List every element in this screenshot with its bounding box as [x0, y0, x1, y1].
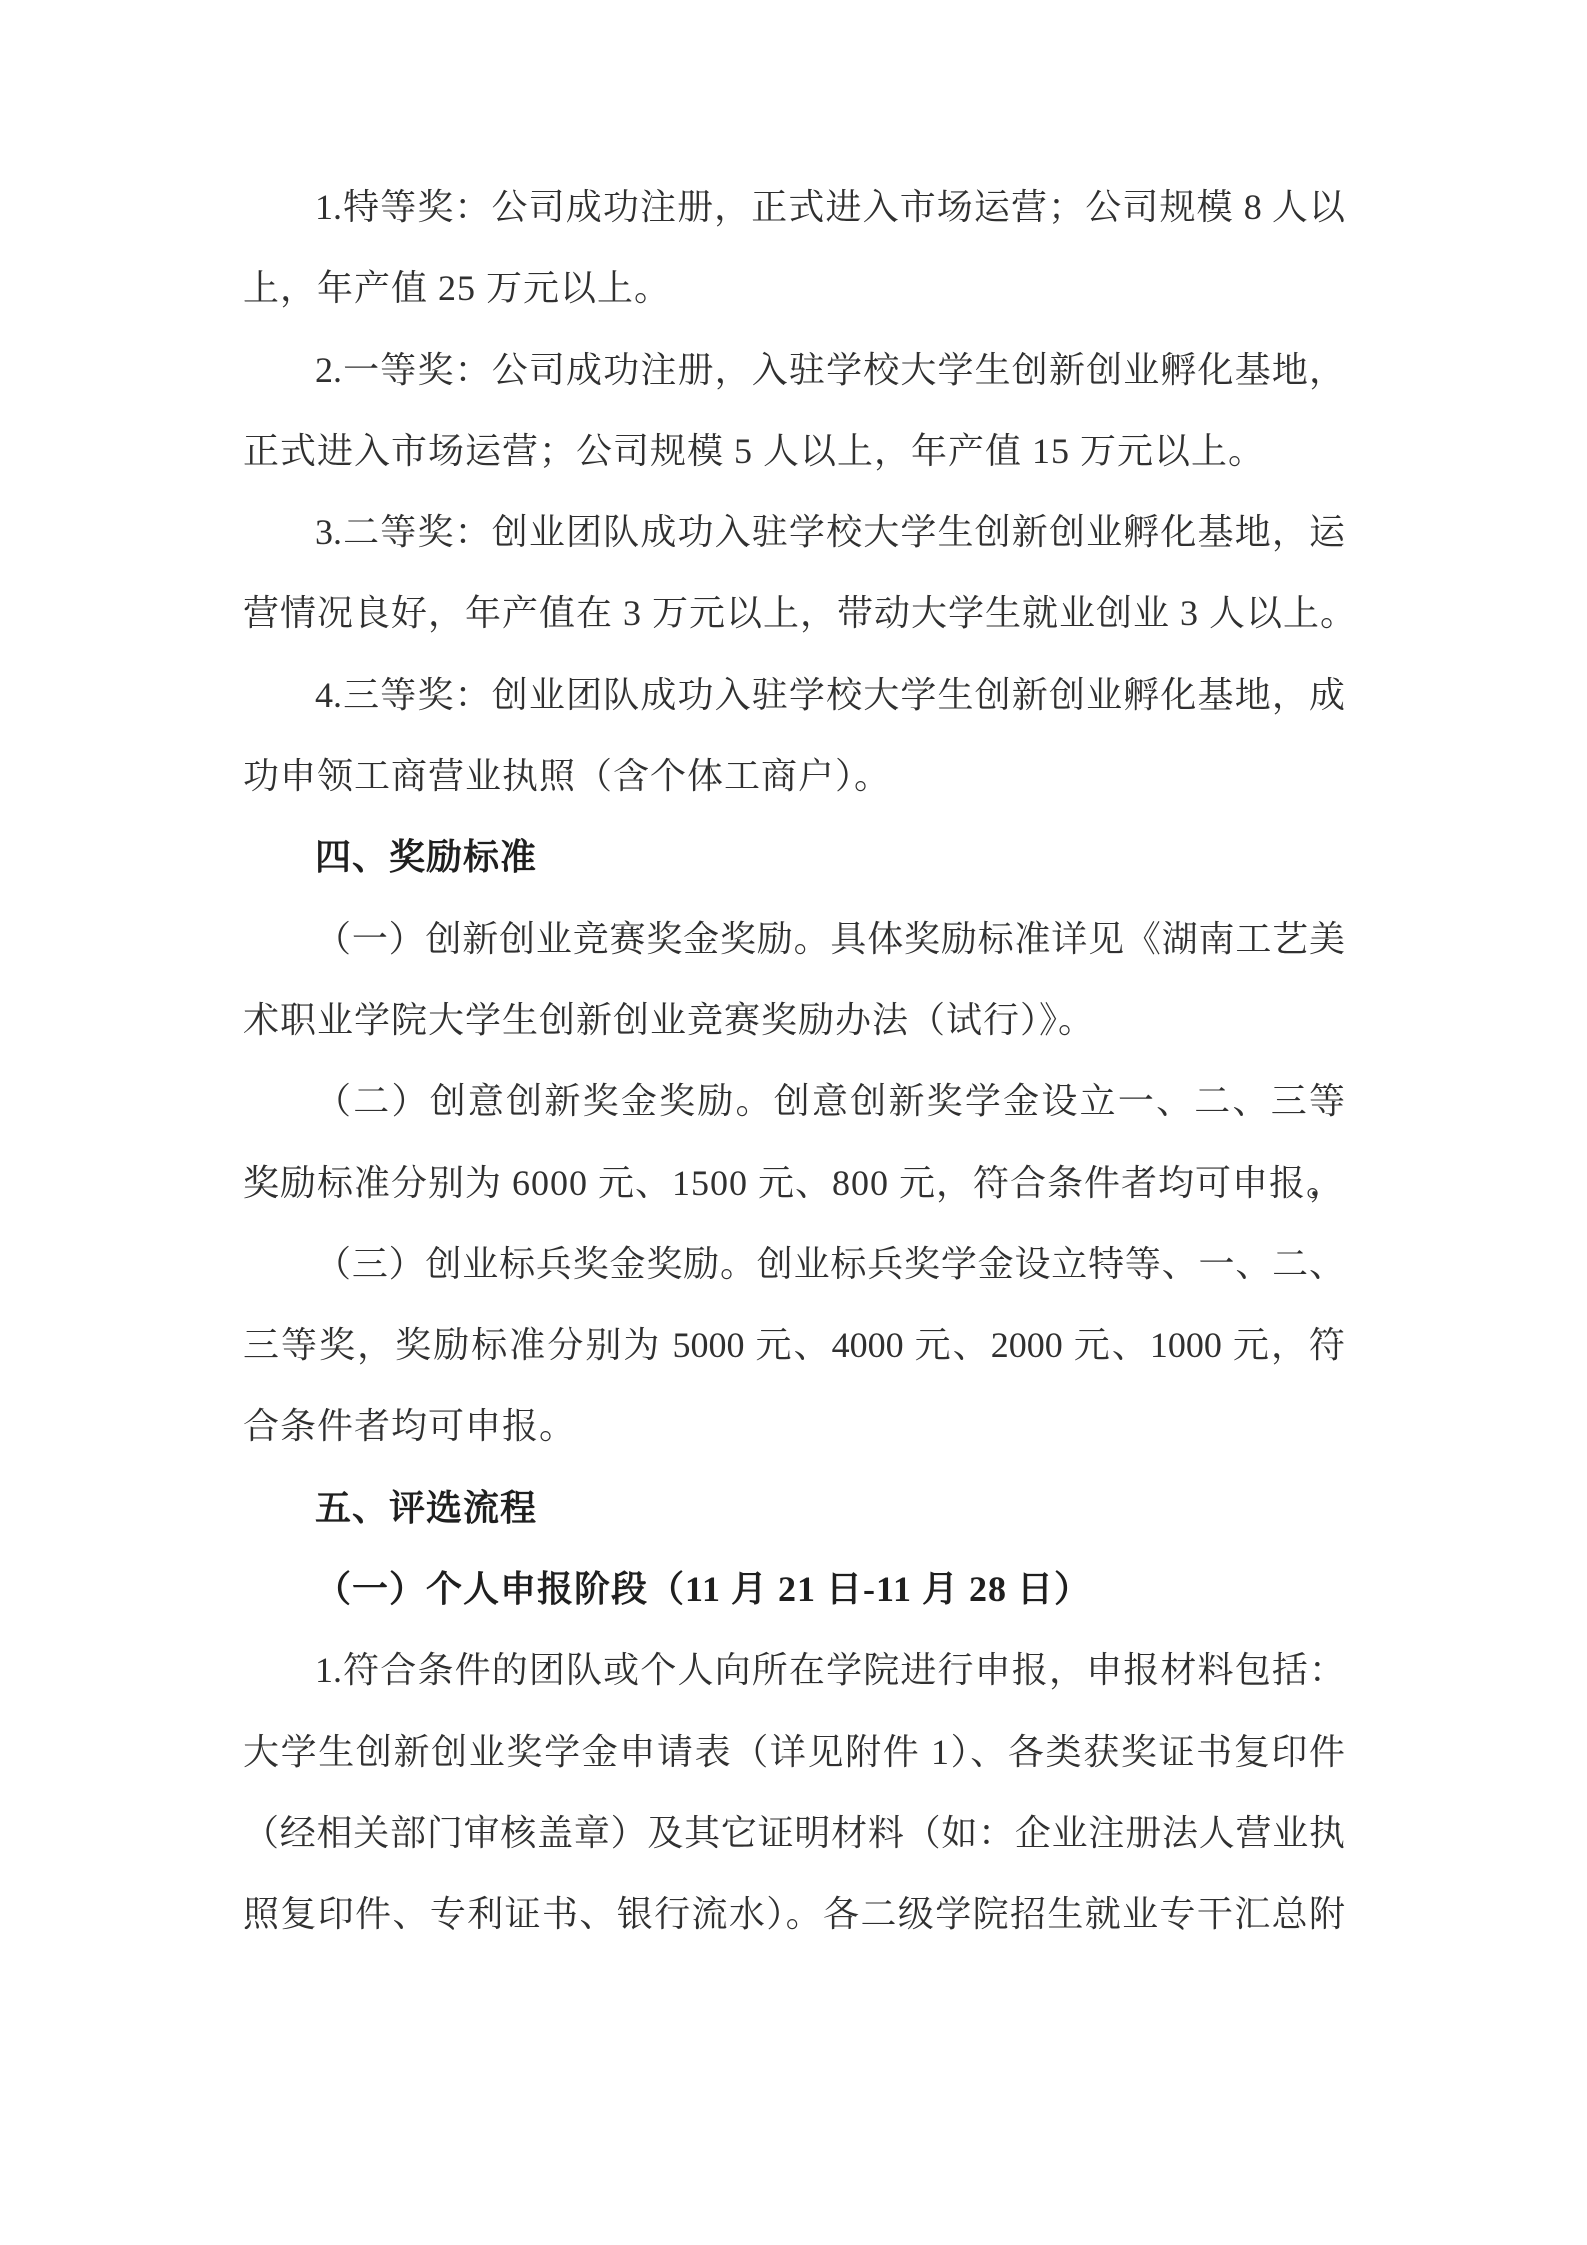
text-line: 4.三等奖：创业团队成功入驻学校大学生创新创业孵化基地，成 — [243, 655, 1345, 736]
text-line: 照复印件、专利证书、银行流水）。各二级学院招生就业专干汇总附 — [243, 1874, 1345, 1955]
text-line: 三等奖，奖励标准分别为 5000 元、4000 元、2000 元、1000 元，… — [243, 1305, 1345, 1386]
text-line: （二）创意创新奖金奖励。创意创新奖学金设立一、二、三等奖， — [243, 1061, 1345, 1142]
text-line: 合条件者均可申报。 — [243, 1386, 1345, 1467]
heading-line: 四、奖励标准 — [243, 817, 1345, 898]
text-line: 正式进入市场运营；公司规模 5 人以上，年产值 15 万元以上。 — [243, 411, 1345, 492]
heading-line: 五、评选流程 — [243, 1468, 1345, 1549]
heading-line: （一）个人申报阶段（11 月 21 日-11 月 28 日） — [243, 1549, 1345, 1630]
text-line: 营情况良好，年产值在 3 万元以上，带动大学生就业创业 3 人以上。 — [243, 573, 1345, 654]
text-line: 1.符合条件的团队或个人向所在学院进行申报，申报材料包括： — [243, 1630, 1345, 1711]
text-line: 2.一等奖：公司成功注册，入驻学校大学生创新创业孵化基地， — [243, 330, 1345, 411]
document-content: 1.特等奖：公司成功注册，正式进入市场运营；公司规模 8 人以上，年产值 25 … — [243, 167, 1345, 1956]
text-line: 术职业学院大学生创新创业竞赛奖励办法（试行）》。 — [243, 980, 1345, 1061]
text-line: （经相关部门审核盖章）及其它证明材料（如：企业注册法人营业执 — [243, 1793, 1345, 1874]
text-line: （一）创新创业竞赛奖金奖励。具体奖励标准详见《湖南工艺美 — [243, 899, 1345, 980]
text-line: 功申领工商营业执照（含个体工商户）。 — [243, 736, 1345, 817]
text-line: 上，年产值 25 万元以上。 — [243, 248, 1345, 329]
text-line: 大学生创新创业奖学金申请表（详见附件 1）、各类获奖证书复印件 — [243, 1712, 1345, 1793]
text-line: （三）创业标兵奖金奖励。创业标兵奖学金设立特等、一、二、 — [243, 1224, 1345, 1305]
text-line: 1.特等奖：公司成功注册，正式进入市场运营；公司规模 8 人以 — [243, 167, 1345, 248]
text-line: 奖励标准分别为 6000 元、1500 元、800 元，符合条件者均可申报。 — [243, 1143, 1345, 1224]
text-line: 3.二等奖：创业团队成功入驻学校大学生创新创业孵化基地，运 — [243, 492, 1345, 573]
document-page: 1.特等奖：公司成功注册，正式进入市场运营；公司规模 8 人以上，年产值 25 … — [0, 0, 1587, 2245]
